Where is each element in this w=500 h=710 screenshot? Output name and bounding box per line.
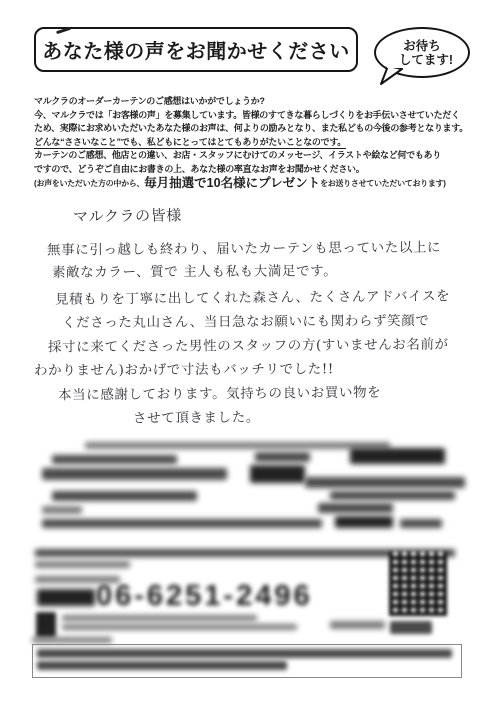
bottom-note-box: [32, 644, 462, 678]
redacted-text-bar: [42, 506, 82, 514]
handwriting-line: 本当に感謝しております。気持ちの良いお買い物を: [58, 381, 381, 404]
handwriting-line: 無事に引っ越しも終わり、届いたカーテンも思っていた以上に: [47, 236, 441, 259]
redacted-text-bar: [335, 516, 393, 528]
shop-logo-mark: [36, 612, 56, 638]
intro-line: ため、実際にお求めいただいたあなた様のお声は、何よりの励みとなり、また私どもの今…: [34, 122, 474, 136]
intro-line: ですので、どうぞご自由にお書きの上、あなた様の率直なお声をお聞かせください。: [34, 163, 474, 177]
handwriting-line: くださった丸山さん、当日急なお願いにも関わらず笑顔で: [62, 309, 430, 331]
speech-bubble-line1: お待ち: [403, 39, 441, 53]
handwriting-line: 採寸に来てくださった男性のスタッフの方(すいませんお名前が: [48, 333, 449, 356]
prize-suffix: をお送りさせていただいております): [320, 177, 446, 191]
page-title: あなた様の声をお聞かせください: [42, 35, 350, 64]
redacted-phone-line: [52, 491, 197, 501]
handwriting-line: させて頂きました。: [133, 406, 260, 427]
intro-line: カーテンのご感想、他店との違い、お店・スタッフにむけてのメッセージ、イラストや絵…: [34, 149, 474, 163]
redacted-text-bar: [32, 637, 112, 643]
intro-text: マルクラのオーダーカーテンのご感想はいかがでしょうか? 今、マルクラでは「お客様…: [34, 95, 474, 191]
redacted-text-bar: [37, 661, 287, 670]
speech-bubble-line2: してます!: [399, 53, 453, 67]
redacted-text-bar: [330, 491, 455, 500]
qr-code: [389, 552, 447, 616]
redacted-text-bar: [62, 624, 297, 630]
title-box: あなた様の声をお聞かせください: [34, 27, 358, 72]
redacted-text-bar: [42, 519, 322, 528]
scanned-feedback-sheet: あなた様の声をお聞かせください お待ち してます! マルクラのオーダーカーテンの…: [0, 0, 500, 710]
redacted-text-bar: [255, 452, 310, 462]
redacted-text-bar: [62, 615, 257, 621]
redacted-text-bar: [85, 442, 390, 449]
redacted-text-bar: [330, 621, 385, 629]
handwriting-line: 見積もりを丁寧に出してくれた森さん、たくさんアドバイスを: [55, 284, 450, 307]
redacted-text-bar: [400, 519, 442, 528]
redacted-text-bar: [52, 455, 177, 464]
handwriting-greeting: マルクラの皆様: [73, 204, 182, 227]
prize-line: (お声をいただいた方の中から、毎月抽選で10名様にプレゼントをお送りさせていただ…: [34, 177, 474, 191]
prize-highlight: 毎月抽選で10名様にプレゼント: [144, 177, 320, 191]
intro-line-underlined: どんな“ささいなこと”でも、私どもにとってはとてもありがたいことなのです。: [34, 136, 474, 150]
redacted-text-bar: [305, 477, 465, 488]
redacted-phone-label: [37, 589, 95, 606]
redacted-name: [350, 448, 445, 464]
intro-line: マルクラのオーダーカーテンのご感想はいかがでしょうか?: [34, 95, 474, 109]
redacted-text-bar: [318, 503, 393, 513]
redacted-address: [42, 468, 227, 480]
speech-bubble-tail: [378, 64, 404, 86]
redacted-text-bar: [35, 561, 130, 568]
redacted-stamp: [250, 465, 305, 483]
handwriting-line: わかりません)おかげで寸法もバッチリでした!!: [34, 357, 334, 379]
intro-line: 今、マルクラでは「お客様の声」を募集しています。皆様のすてきな暮らしづくりをお手…: [34, 109, 474, 123]
redacted-text-bar: [37, 649, 452, 658]
redacted-text-bar: [390, 621, 432, 634]
handwriting-line: 素敵なカラー、質で 主人も私も大満足です。: [52, 259, 337, 280]
shop-phone-number: 06-6251-2496: [96, 580, 313, 613]
prize-prefix: (お声をいただいた方の中から、: [34, 177, 144, 191]
